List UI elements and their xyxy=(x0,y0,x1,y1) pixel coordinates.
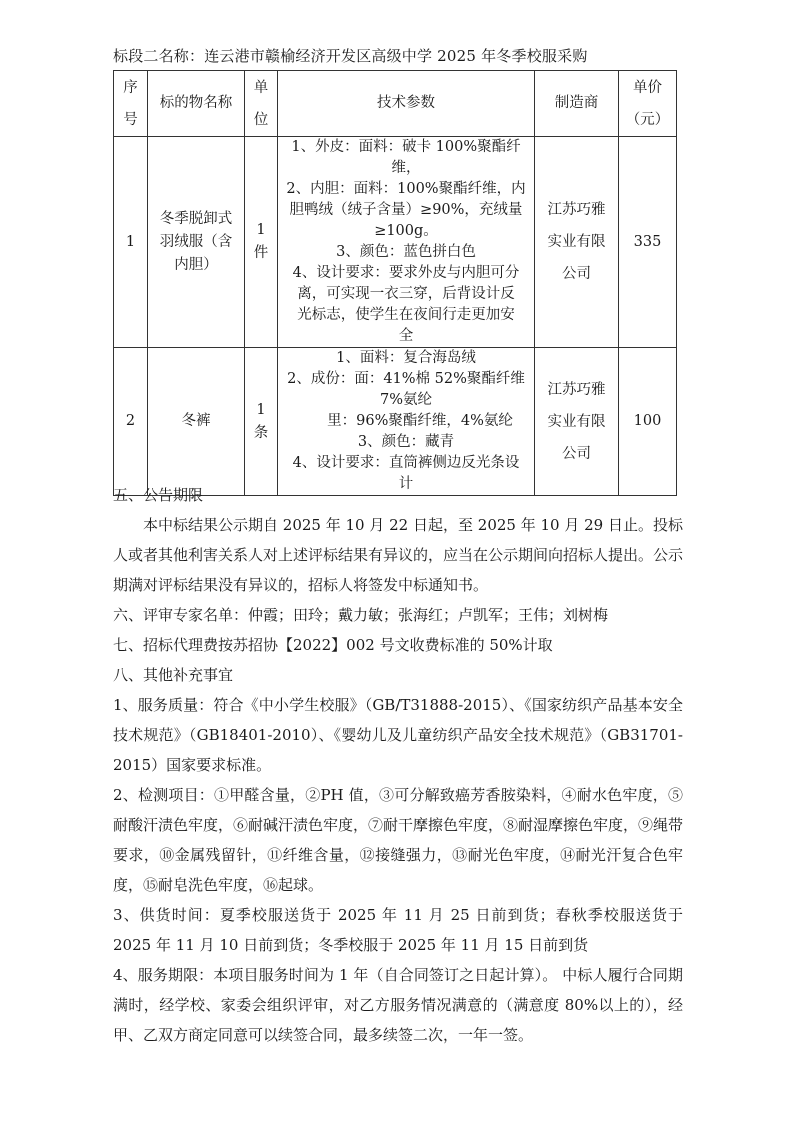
section-5-body: 本中标结果公示期自 2025 年 10 月 22 日起，至 2025 年 10 … xyxy=(113,510,683,600)
cell-price: 100 xyxy=(619,348,677,496)
announcement-body: 五、公告期限 本中标结果公示期自 2025 年 10 月 22 日起，至 202… xyxy=(113,480,683,1050)
header-maker: 制造商 xyxy=(535,71,619,137)
section-8-item-service-period: 4、服务期限：本项目服务时间为 1 年（自合同签订之日起计算）。 中标人履行合同… xyxy=(113,960,683,1050)
procurement-table: 序号 标的物名称 单位 技术参数 制造商 单价（元） 1 冬季脱卸式 羽绒服（含… xyxy=(113,70,677,496)
header-price: 单价（元） xyxy=(619,71,677,137)
cell-name: 冬季脱卸式 羽绒服（含 内胆） xyxy=(148,137,245,348)
cell-params: 1、面料：复合海岛绒 2、成份：面：41%棉 52%聚酯纤维 7%氨纶 里：96… xyxy=(278,348,535,496)
header-unit: 单位 xyxy=(245,71,278,137)
cell-maker: 江苏巧雅 实业有限 公司 xyxy=(535,348,619,496)
cell-maker: 江苏巧雅 实业有限 公司 xyxy=(535,137,619,348)
cell-unit: 1 条 xyxy=(245,348,278,496)
section-8-item-quality: 1、服务质量：符合《中小学生校服》（GB/T31888-2015）、《国家纺织产… xyxy=(113,690,683,780)
header-name: 标的物名称 xyxy=(148,71,245,137)
section-7-agency-fee: 七、招标代理费按苏招协【2022】002 号文收费标准的 50%计取 xyxy=(113,630,683,660)
cell-params: 1、外皮：面料：破卡 100%聚酯纤 维， 2、内胆：面料：100%聚酯纤维，内… xyxy=(278,137,535,348)
cell-no: 1 xyxy=(114,137,148,348)
table-header-row: 序号 标的物名称 单位 技术参数 制造商 单价（元） xyxy=(114,71,677,137)
table-row: 1 冬季脱卸式 羽绒服（含 内胆） 1 件 1、外皮：面料：破卡 100%聚酯纤… xyxy=(114,137,677,348)
section-5-heading: 五、公告期限 xyxy=(113,480,683,510)
header-params: 技术参数 xyxy=(278,71,535,137)
section-6-experts: 六、评审专家名单：仲霞；田玲；戴力敏；张海红；卢凯军；王伟；刘树梅 xyxy=(113,600,683,630)
section-8-item-delivery: 3、供货时间：夏季校服送货于 2025 年 11 月 25 日前到货；春秋季校服… xyxy=(113,900,683,960)
cell-no: 2 xyxy=(114,348,148,496)
document-page: 标段二名称：连云港市赣榆经济开发区高级中学 2025 年冬季校服采购 序号 标的… xyxy=(0,0,794,1123)
section-title: 标段二名称：连云港市赣榆经济开发区高级中学 2025 年冬季校服采购 xyxy=(113,44,588,68)
header-no: 序号 xyxy=(114,71,148,137)
cell-name: 冬裤 xyxy=(148,348,245,496)
section-8-item-testing: 2、检测项目：①甲醛含量，②PH 值，③可分解致癌芳香胺染料，④耐水色牢度，⑤耐… xyxy=(113,780,683,900)
table-row: 2 冬裤 1 条 1、面料：复合海岛绒 2、成份：面：41%棉 52%聚酯纤维 … xyxy=(114,348,677,496)
section-8-heading: 八、其他补充事宜 xyxy=(113,660,683,690)
cell-price: 335 xyxy=(619,137,677,348)
cell-unit: 1 件 xyxy=(245,137,278,348)
